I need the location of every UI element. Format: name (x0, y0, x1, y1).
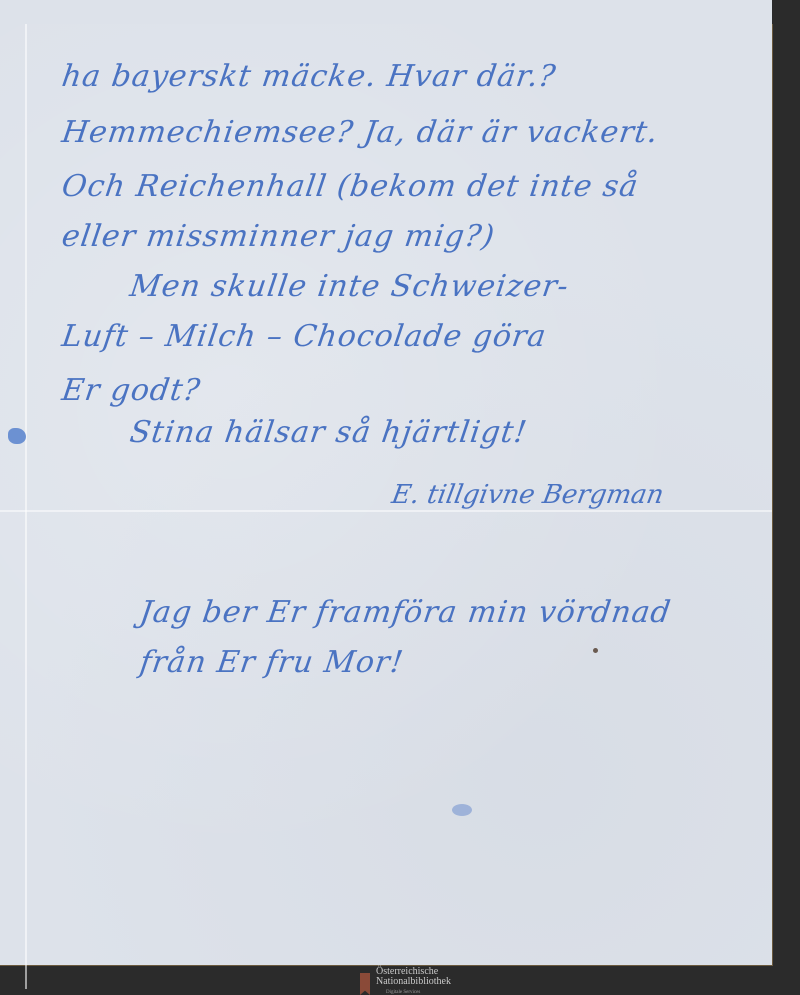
onb-name-line2: Nationalbibliothek (376, 977, 451, 987)
letter-line-3: Och Reichenhall (bekom det inte så (60, 172, 641, 202)
fold-crease-horizontal (0, 510, 772, 512)
letter-line-7: Er godt? (60, 376, 203, 406)
letter-line-1: ha bayerskt mäcke. Hvar där.? (60, 62, 558, 92)
paper-top-strip (0, 0, 772, 24)
letter-line-2: Hemmechiemsee? Ja, där är vackert. (60, 118, 660, 148)
ink-blot (8, 428, 26, 444)
fold-crease-vertical (25, 24, 27, 989)
postscript-line-1: Jag ber Er framföra min vördnad (138, 598, 673, 628)
signature-prefix: E. (389, 480, 422, 510)
signature: E. tillgivne Bergman (389, 480, 666, 510)
letter-line-8: Stina hälsar så hjärtligt! (128, 418, 529, 448)
paper-spot (593, 648, 598, 653)
onb-logo-icon (360, 973, 370, 995)
postscript-line-2: från Er fru Mor! (138, 648, 406, 678)
letter-line-6: Luft – Milch – Chocolade göra (60, 322, 548, 352)
ink-mark (452, 804, 472, 816)
onb-logo: Österreichische Nationalbibliothek Digit… (360, 967, 451, 995)
onb-service: Digitale Services (386, 990, 451, 995)
letter-line-4: eller missminner jag mig?) (60, 222, 497, 252)
signature-name: tillgivne Bergman (425, 480, 666, 510)
letter-line-5: Men skulle inte Schweizer- (128, 272, 571, 302)
